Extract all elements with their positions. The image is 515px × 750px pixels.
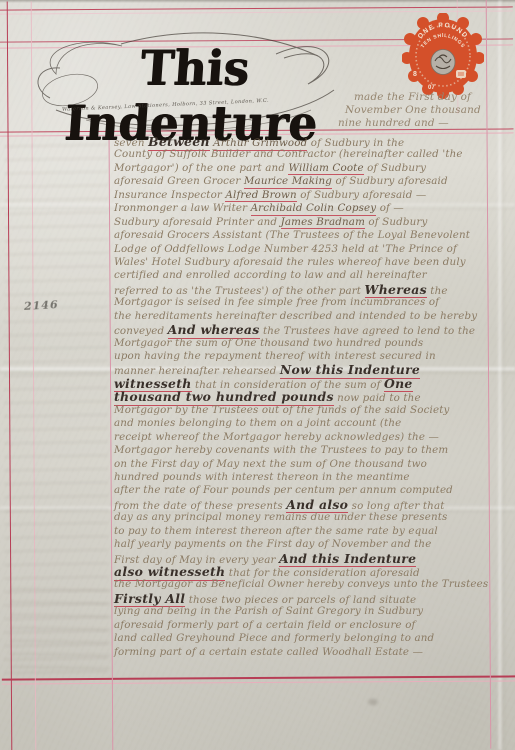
manuscript-text: hundred pounds with interest thereon in … [114,471,410,483]
underlined-name: James Bradnam [281,216,365,230]
manuscript-text: Mortgagor') of the one part and [114,162,288,174]
manuscript-body: seven Between Arthur Grimwood of Sudbury… [114,135,490,659]
manuscript-text: Insurance Inspector [114,189,225,201]
manuscript-line: Mortgagor') of the one part and William … [114,162,490,175]
manuscript-text: the hereditaments hereinafter described … [114,310,477,322]
manuscript-text: referred to as 'the Trustees') of the ot… [114,285,365,297]
manuscript-text: of Sudbury in the [307,137,404,149]
manuscript-text: seven [114,137,148,149]
manuscript-text: and monies belonging to them on a joint … [114,417,401,429]
manuscript-line: conveyed And whereas the Trustees have a… [114,323,490,336]
manuscript-text: land called Greyhound Piece and formerly… [114,632,434,644]
manuscript-line: thousand two hundred pounds now paid to … [114,390,490,403]
manuscript-line: Insurance Inspector Alfred Brown of Sudb… [114,189,490,202]
manuscript-text: after the rate of Four pounds per centum… [114,484,453,496]
manuscript-text: upon having the repayment thereof with i… [114,350,436,362]
manuscript-text: day as any principal money remains due u… [114,511,448,523]
manuscript-text: Mortgagor is seised in fee simple free f… [114,296,439,308]
manuscript-line: Wales' Hotel Sudbury aforesaid the rules… [114,256,490,269]
manuscript-line: also witnesseth that for the considerati… [114,565,490,578]
manuscript-line: aforesaid formerly part of a certain fie… [114,619,490,632]
opening-date-lines: made the First day ofNovember One thousa… [338,91,498,131]
manuscript-text: Wales' Hotel Sudbury aforesaid the rules… [114,256,466,268]
manuscript-line: referred to as 'the Trustees') of the ot… [114,283,490,296]
manuscript-text: to pay to them interest thereon after th… [114,525,438,537]
ink-smudge [366,697,380,707]
manuscript-line: Firstly All those two pieces or parcels … [114,592,490,605]
manuscript-text: that for the consideration aforesaid [225,567,419,579]
manuscript-line: forming part of a certain estate called … [114,646,490,659]
underlined-name: Archibald Colin Copsey [251,202,377,216]
manuscript-line: County of Suffolk Builder and Contractor… [114,148,490,161]
manuscript-text: now paid to the [334,392,421,404]
manuscript-line: land called Greyhound Piece and formerly… [114,632,490,645]
manuscript-text: half yearly payments on the First day of… [114,538,431,550]
manuscript-line: witnesseth that in consideration of the … [114,377,490,390]
manuscript-text: the Mortgagor as Beneficial Owner hereby… [114,578,488,590]
manuscript-text: made the First day of [354,91,471,103]
manuscript-text: of Sudbury aforesaid — [297,189,427,201]
stamp-medallion [431,50,455,75]
manuscript-line: after the rate of Four pounds per centum… [114,484,490,497]
manuscript-text: certified and enrolled according to law … [114,269,427,281]
manuscript-line: half yearly payments on the First day of… [114,538,490,551]
manuscript-line: day as any principal money remains due u… [114,511,490,524]
manuscript-text: forming part of a certain estate called … [114,646,423,658]
manuscript-line: lying and being in the Parish of Saint G… [114,605,490,618]
manuscript-text: Sudbury aforesaid Printer and [114,216,281,228]
manuscript-line: hundred pounds with interest thereon in … [114,471,490,484]
manuscript-text: nine hundred and — [338,117,449,129]
ruled-line-horizontal [2,675,515,680]
manuscript-text: so long after that [348,500,444,512]
manuscript-text: Mortgagor hereby covenants with the Trus… [114,444,448,456]
manuscript-text: lying and being in the Parish of Saint G… [114,605,423,617]
manuscript-line: nine hundred and — [338,117,498,130]
manuscript-line: to pay to them interest thereon after th… [114,525,490,538]
manuscript-line: Mortgagor is seised in fee simple free f… [114,296,490,309]
manuscript-text: Lodge of Oddfellows Lodge Number 4253 he… [114,243,457,255]
stamp-code-left: 8 [413,71,417,78]
manuscript-text: those two pieces or parcels of land situ… [185,594,416,606]
margin-pencil-number: 2146 [24,298,59,313]
manuscript-text: on the First day of May next the sum of … [114,458,427,470]
manuscript-text: Mortgagor by the Trustees out of the fun… [114,404,449,416]
manuscript-text: of Sudbury [364,162,426,174]
manuscript-line: the hereditaments hereinafter described … [114,310,490,323]
manuscript-line: November One thousand [338,104,498,117]
manuscript-text: aforesaid Green Grocer [114,175,244,187]
ruled-line-horizontal [2,680,515,684]
manuscript-line: receipt whereof the Mortgagor hereby ack… [114,431,490,444]
manuscript-line: from the date of these presents And also… [114,498,490,511]
manuscript-line: Lodge of Oddfellows Lodge Number 4253 he… [114,243,490,256]
manuscript-text: of Sudbury [365,216,427,228]
manuscript-text: from the date of these presents [114,500,286,512]
manuscript-line: certified and enrolled according to law … [114,269,490,282]
manuscript-text: Ironmonger a law Writer [114,202,251,214]
manuscript-line: aforesaid Grocers Assistant (The Trustee… [114,229,490,242]
manuscript-line: the Mortgagor as Beneficial Owner hereby… [114,578,490,591]
manuscript-line: Mortgagor the sum of One thousand two hu… [114,337,490,350]
manuscript-line: Mortgagor hereby covenants with the Trus… [114,444,490,457]
manuscript-line: Mortgagor by the Trustees out of the fun… [114,404,490,417]
manuscript-text: Mortgagor the sum of One thousand two hu… [114,337,423,349]
manuscript-line: and monies belonging to them on a joint … [114,417,490,430]
deed-page: 2146 This Indenture Waterson & Kearsey, … [0,0,515,750]
manuscript-line: on the First day of May next the sum of … [114,458,490,471]
manuscript-text: aforesaid formerly part of a certain fie… [114,619,416,631]
manuscript-text: November One thousand [345,104,481,116]
manuscript-text: of Sudbury aforesaid [332,175,448,187]
manuscript-text: receipt whereof the Mortgagor hereby ack… [114,431,439,443]
manuscript-text: the [427,285,448,297]
manuscript-text: County of Suffolk Builder and Contractor… [114,148,463,160]
revenue-stamp: ONE POUND TEN SHILLINGS 8 07 [402,13,484,99]
manuscript-text: of — [376,202,404,214]
manuscript-line: manner hereinafter rehearsed Now this In… [114,363,490,376]
manuscript-text: conveyed [114,325,168,337]
manuscript-text: aforesaid Grocers Assistant (The Trustee… [114,229,470,241]
manuscript-line: upon having the repayment thereof with i… [114,350,490,363]
manuscript-line: seven Between Arthur Grimwood of Sudbury… [114,135,490,148]
underlined-name: Maurice Making [244,175,332,189]
manuscript-line: Ironmonger a law Writer Archibald Colin … [114,202,490,215]
manuscript-line: made the First day of [338,91,498,104]
verso-show-through [10,585,110,670]
underlined-name: William Coote [288,162,363,176]
stamp-cartouche [456,70,466,78]
manuscript-line: First day of May in every year And this … [114,552,490,565]
manuscript-line: Sudbury aforesaid Printer and James Brad… [114,216,490,229]
underlined-name: Alfred Brown [225,189,296,203]
manuscript-text: the Trustees have agreed to lend to the [260,325,476,337]
manuscript-line: aforesaid Green Grocer Maurice Making of… [114,175,490,188]
